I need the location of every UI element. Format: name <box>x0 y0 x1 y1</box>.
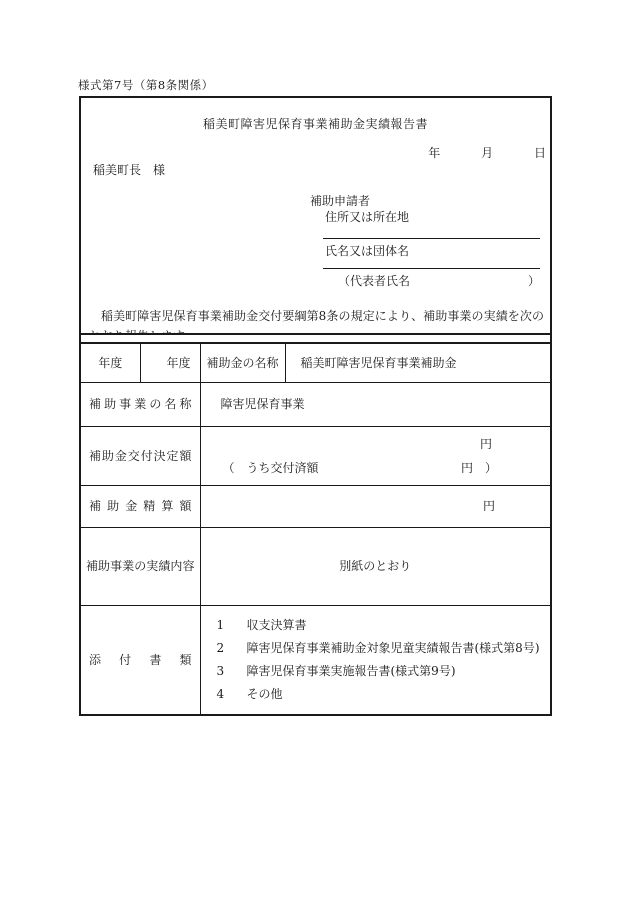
date-year-label: 年 <box>428 146 440 160</box>
fiscal-year-value-cell: 年度 <box>140 343 200 383</box>
addressee: 稲美町長 様 <box>81 163 550 177</box>
attachment-item-text: その他 <box>247 683 547 706</box>
attachment-item-number: 2 <box>217 637 247 660</box>
form-header-section: 稲美町障害児保育事業補助金実績報告書 年 月 日 稲美町長 様 補助申請者 住所… <box>81 98 550 335</box>
applicant-address-label: 住所又は所在地 <box>325 210 409 224</box>
table-row-results: 補助事業の実績内容 別紙のとおり <box>81 528 550 606</box>
fiscal-year-label-cell: 年度 <box>81 343 140 383</box>
applicant-address-field: 住所又は所在地 <box>323 209 540 239</box>
applicant-block: 補助申請者 住所又は所在地 氏名又は団体名 （代表者氏名 ） <box>310 194 540 289</box>
table-row-fiscal-year: 年度 年度 補助金の名称 稲美町障害児保育事業補助金 <box>81 343 550 383</box>
project-name-label-cell: 補助事業の名称 <box>81 383 200 427</box>
document-page: 様式第7号（第8条関係） 稲美町障害児保育事業補助金実績報告書 年 月 日 稲美… <box>0 0 630 903</box>
project-name-value-cell: 障害児保育事業 <box>200 383 550 427</box>
attachment-item: 1 収支決算書 <box>217 614 547 637</box>
attachment-item-number: 4 <box>217 683 247 706</box>
grant-paid-label: （ うち交付済額 <box>223 461 319 475</box>
attachment-item: 3 障害児保育事業実施報告書(様式第9号) <box>217 660 547 683</box>
applicant-heading: 補助申請者 <box>310 194 540 208</box>
date-day-label: 日 <box>534 146 546 160</box>
applicant-name-field: 氏名又は団体名 <box>323 244 540 269</box>
applicant-name-label: 氏名又は団体名 <box>325 244 409 258</box>
grant-paid-line: （ うち交付済額 円 ） <box>201 461 551 475</box>
grant-decision-value-cell: 円 （ うち交付済額 円 ） <box>200 427 550 486</box>
form-number: 様式第7号（第8条関係） <box>78 79 214 93</box>
grant-decision-label-cell: 補助金交付決定額 <box>81 427 200 486</box>
grant-amount-unit: 円 <box>201 437 551 451</box>
attachment-item-number: 3 <box>217 660 247 683</box>
form-box: 稲美町障害児保育事業補助金実績報告書 年 月 日 稲美町長 様 補助申請者 住所… <box>79 96 552 716</box>
results-value-cell: 別紙のとおり <box>200 528 550 606</box>
section-gap <box>81 335 550 342</box>
subsidy-name-label-cell: 補助金の名称 <box>200 343 285 383</box>
representative-label: （代表者氏名 <box>338 274 410 288</box>
grant-paid-unit: 円 ） <box>461 461 497 475</box>
attachment-item-number: 1 <box>217 614 247 637</box>
results-label-cell: 補助事業の実績内容 <box>81 528 200 606</box>
attachment-item: 2 障害児保育事業補助金対象児童実績報告書(様式第8号) <box>217 637 547 660</box>
attachment-item-text: 収支決算書 <box>247 614 547 637</box>
attachment-item-text: 障害児保育事業補助金対象児童実績報告書(様式第8号) <box>247 637 547 660</box>
attachment-item-text: 障害児保育事業実施報告書(様式第9号) <box>247 660 547 683</box>
body-paragraph: 稲美町障害児保育事業補助金交付要綱第8条の規定により、補助事業の実績を次のとおり… <box>81 306 550 335</box>
attachment-item: 4 その他 <box>217 683 547 706</box>
document-title: 稲美町障害児保育事業補助金実績報告書 <box>81 117 550 131</box>
representative-line: （代表者氏名 ） <box>323 274 540 288</box>
table-row-attachments: 添付書類 1 収支決算書 2 障害児保育事業補助金対象児童実績報告書(様式第8号… <box>81 606 550 715</box>
representative-close-paren: ） <box>528 274 540 288</box>
attachments-value-cell: 1 収支決算書 2 障害児保育事業補助金対象児童実績報告書(様式第8号) 3 障… <box>200 606 550 715</box>
table-row-grant-decision: 補助金交付決定額 円 （ うち交付済額 円 ） <box>81 427 550 486</box>
table-row-settlement: 補助金精算額 円 <box>81 486 550 528</box>
subsidy-name-value-cell: 稲美町障害児保育事業補助金 <box>285 343 550 383</box>
table-row-project-name: 補助事業の名称 障害児保育事業 <box>81 383 550 427</box>
settlement-value-cell: 円 <box>200 486 550 528</box>
settlement-label-cell: 補助金精算額 <box>81 486 200 528</box>
attachments-label-cell: 添付書類 <box>81 606 200 715</box>
report-table: 年度 年度 補助金の名称 稲美町障害児保育事業補助金 補助事業の名称 障害児保育… <box>81 342 550 714</box>
date-month-label: 月 <box>481 146 493 160</box>
date-line: 年 月 日 <box>81 146 550 160</box>
